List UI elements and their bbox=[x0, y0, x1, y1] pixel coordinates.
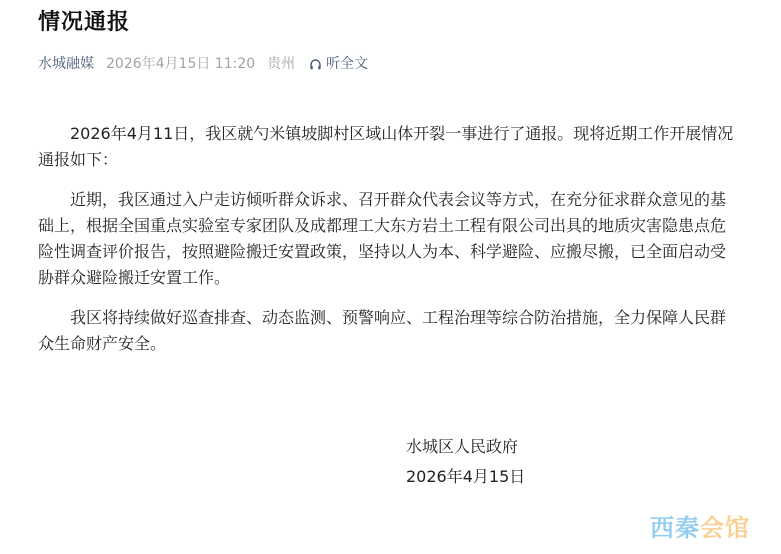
watermark-part2: 会馆 bbox=[700, 514, 750, 542]
watermark-part1: 西秦 bbox=[650, 514, 700, 542]
paragraph-1: 2026年4月11日，我区就勺米镇坡脚村区域山体开裂一事进行了通报。现将近期工作… bbox=[38, 121, 738, 173]
listen-button[interactable]: 听全文 bbox=[309, 54, 368, 74]
watermark-logo: 西秦会馆 bbox=[650, 513, 750, 543]
headphones-icon bbox=[309, 58, 322, 71]
listen-label: 听全文 bbox=[326, 54, 368, 74]
publish-datetime: 2026年4月15日 11:20 bbox=[106, 54, 255, 74]
signature-date: 2026年4月15日 bbox=[406, 462, 525, 492]
source-link[interactable]: 水城融媒 bbox=[38, 54, 94, 74]
signature-organization: 水城区人民政府 bbox=[406, 432, 525, 462]
paragraph-2: 近期，我区通过入户走访倾听群众诉求、召开群众代表会议等方式，在充分征求群众意见的… bbox=[38, 187, 738, 291]
article-body: 2026年4月11日，我区就勺米镇坡脚村区域山体开裂一事进行了通报。现将近期工作… bbox=[38, 121, 738, 371]
signature-block: 水城区人民政府 2026年4月15日 bbox=[406, 432, 525, 492]
paragraph-3: 我区将持续做好巡查排查、动态监测、预警响应、工程治理等综合防治措施，全力保障人民… bbox=[38, 305, 738, 357]
article-title: 情况通报 bbox=[38, 8, 130, 38]
article-meta: 水城融媒 2026年4月15日 11:20 贵州 听全文 bbox=[38, 54, 368, 74]
region-label: 贵州 bbox=[267, 54, 295, 74]
